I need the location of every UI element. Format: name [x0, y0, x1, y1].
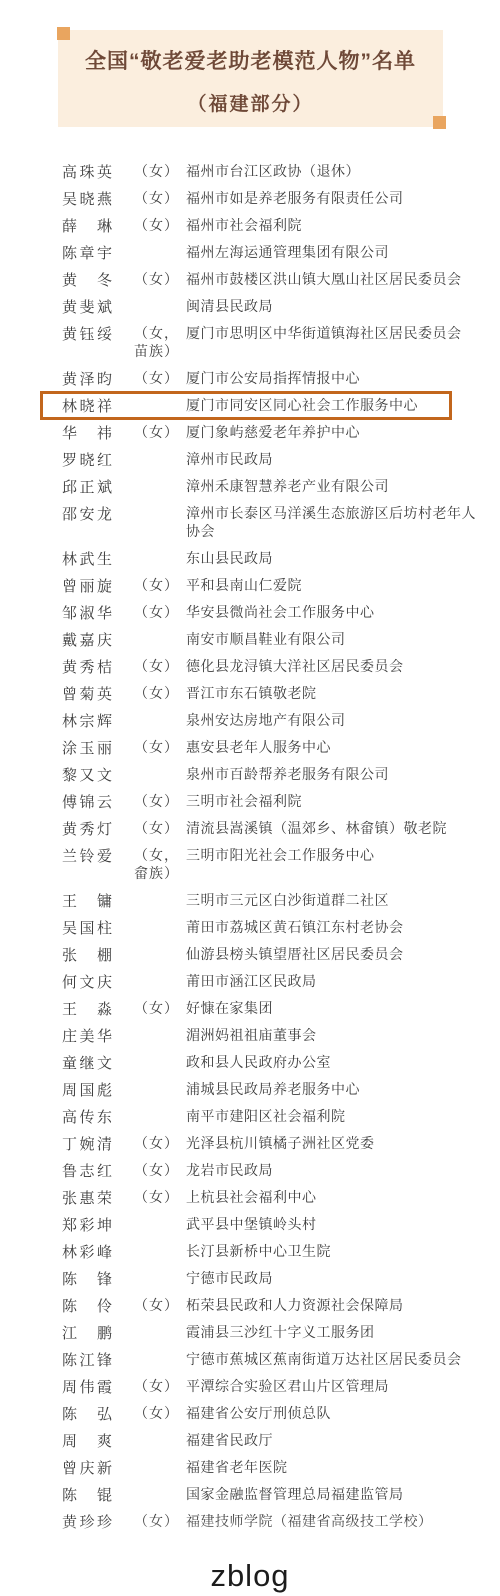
person-name: 陈 弘: [62, 1406, 134, 1424]
gender-note: （女）: [134, 371, 186, 389]
list-item: 黄珍珍（女）福建技师学院（福建省高级技工学校）: [62, 1514, 486, 1532]
organization: 平潭综合实验区君山片区管理局: [186, 1379, 486, 1397]
organization: 福州左海运通管理集团有限公司: [186, 245, 486, 263]
list-item: 张惠荣（女）上杭县社会福利中心: [62, 1190, 486, 1208]
organization: 宁德市蕉城区蕉南街道万达社区居民委员会: [186, 1352, 486, 1370]
person-name: 庄美华: [62, 1028, 134, 1046]
list-item: 鲁志红（女）龙岩市民政局: [62, 1163, 486, 1181]
list-item: 陈 弘（女）福建省公安厅刑侦总队: [62, 1406, 486, 1424]
list-item: 曾丽旋（女）平和县南山仁爱院: [62, 578, 486, 596]
list-item: 王 镛三明市三元区白沙街道群二社区: [62, 893, 486, 911]
person-name: 曾菊英: [62, 686, 134, 704]
person-name: 黄斐斌: [62, 299, 134, 317]
organization: 好慷在家集团: [186, 1001, 486, 1019]
list-item: 陈章宇福州左海运通管理集团有限公司: [62, 245, 486, 263]
organization: 浦城县民政局养老服务中心: [186, 1082, 486, 1100]
person-name: 张 棚: [62, 947, 134, 965]
organization: 东山县民政局: [186, 551, 486, 569]
organization: 华安县微尚社会工作服务中心: [186, 605, 486, 623]
gender-note: （女，苗族）: [134, 326, 186, 362]
person-name: 高珠英: [62, 164, 134, 182]
gender-note: （女）: [134, 578, 186, 596]
list-item: 邱正斌漳州禾康智慧养老产业有限公司: [62, 479, 486, 497]
organization: 泉州安达房地产有限公司: [186, 713, 486, 731]
person-name: 华 祎: [62, 425, 134, 443]
gender-note: （女，畲族）: [134, 848, 186, 884]
list-item: 周伟霞（女）平潭综合实验区君山片区管理局: [62, 1379, 486, 1397]
organization: 武平县中堡镇岭头村: [186, 1217, 486, 1235]
gender-note: （女）: [134, 659, 186, 677]
organization: 政和县人民政府办公室: [186, 1055, 486, 1073]
person-name: 高传东: [62, 1109, 134, 1127]
list-item: 周 爽福建省民政厅: [62, 1433, 486, 1451]
list-item: 陈 锋宁德市民政局: [62, 1271, 486, 1289]
title-banner: 全国“敬老爱老助老模范人物”名单 （福建部分）: [58, 30, 443, 127]
organization: 莆田市荔城区黄石镇江东村老协会: [186, 920, 486, 938]
person-name: 陈章宇: [62, 245, 134, 263]
organization: 三明市社会福利院: [186, 794, 486, 812]
organization: 福州市社会福利院: [186, 218, 486, 236]
gender-note: （女）: [134, 164, 186, 182]
list-item: 吴晓燕（女）福州市如是养老服务有限责任公司: [62, 191, 486, 209]
list-item: 黄 冬（女）福州市鼓楼区洪山镇大凰山社区居民委员会: [62, 272, 486, 290]
organization: 湄洲妈祖祖庙董事会: [186, 1028, 486, 1046]
organization: 仙游县榜头镇望厝社区居民委员会: [186, 947, 486, 965]
organization: 厦门市公安局指挥情报中心: [186, 371, 486, 389]
list-item: 丁婉清（女）光泽县杭川镇橘子洲社区党委: [62, 1136, 486, 1154]
person-name: 黄珍珍: [62, 1514, 134, 1532]
organization: 闽清县民政局: [186, 299, 486, 317]
list-item: 黎又文泉州市百龄帮养老服务有限公司: [62, 767, 486, 785]
organization: 霞浦县三沙红十字义工服务团: [186, 1325, 486, 1343]
organization: 宁德市民政局: [186, 1271, 486, 1289]
organization: 福建省公安厅刑侦总队: [186, 1406, 486, 1424]
person-name: 吴国柱: [62, 920, 134, 938]
list-item: 黄钰绥（女，苗族）厦门市思明区中华街道镇海社区居民委员会: [62, 326, 486, 362]
organization: 福州市鼓楼区洪山镇大凰山社区居民委员会: [186, 272, 486, 290]
list-item: 何文庆莆田市涵江区民政局: [62, 974, 486, 992]
person-name: 周国彪: [62, 1082, 134, 1100]
organization: 长汀县新桥中心卫生院: [186, 1244, 486, 1262]
list-item: 华 祎（女）厦门象屿慈爱老年养护中心: [62, 425, 486, 443]
list-item: 黄秀桔（女）德化县龙浔镇大洋社区居民委员会: [62, 659, 486, 677]
corner-accent-top-left-icon: [57, 27, 70, 40]
list-item: 陈 锟国家金融监督管理总局福建监管局: [62, 1487, 486, 1505]
person-name: 邹淑华: [62, 605, 134, 623]
watermark-text: zblog: [0, 1558, 500, 1594]
person-name: 江 鹏: [62, 1325, 134, 1343]
person-name: 何文庆: [62, 974, 134, 992]
organization: 厦门市同安区同心社会工作服务中心: [186, 398, 486, 416]
list-item: 高传东南平市建阳区社会福利院: [62, 1109, 486, 1127]
person-name: 黄秀桔: [62, 659, 134, 677]
person-name: 周 爽: [62, 1433, 134, 1451]
gender-note: （女）: [134, 605, 186, 623]
gender-note: （女）: [134, 1001, 186, 1019]
list-item: 邵安龙漳州市长泰区马洋溪生态旅游区后坊村老年人协会: [62, 506, 486, 542]
gender-note: （女）: [134, 1163, 186, 1181]
recipient-list: 高珠英（女）福州市台江区政协（退休）吴晓燕（女）福州市如是养老服务有限责任公司薛…: [62, 164, 486, 1541]
person-name: 曾丽旋: [62, 578, 134, 596]
list-item: 陈 伶（女）柘荣县民政和人力资源社会保障局: [62, 1298, 486, 1316]
list-item: 曾菊英（女）晋江市东石镇敬老院: [62, 686, 486, 704]
corner-accent-bottom-right-icon: [433, 116, 446, 129]
person-name: 黄秀灯: [62, 821, 134, 839]
list-item: 江 鹏霞浦县三沙红十字义工服务团: [62, 1325, 486, 1343]
list-item: 涂玉丽（女）惠安县老年人服务中心: [62, 740, 486, 758]
person-name: 王 镛: [62, 893, 134, 911]
person-name: 陈 锟: [62, 1487, 134, 1505]
organization: 厦门市思明区中华街道镇海社区居民委员会: [186, 326, 486, 344]
list-item: 林宗辉泉州安达房地产有限公司: [62, 713, 486, 731]
list-item: 黄斐斌闽清县民政局: [62, 299, 486, 317]
organization: 南平市建阳区社会福利院: [186, 1109, 486, 1127]
person-name: 吴晓燕: [62, 191, 134, 209]
list-item: 傅锦云（女）三明市社会福利院: [62, 794, 486, 812]
person-name: 林晓祥: [62, 398, 134, 416]
person-name: 兰铃爱: [62, 848, 134, 866]
gender-note: （女）: [134, 191, 186, 209]
person-name: 曾庆新: [62, 1460, 134, 1478]
person-name: 薛 琳: [62, 218, 134, 236]
organization: 三明市三元区白沙街道群二社区: [186, 893, 486, 911]
gender-note: （女）: [134, 425, 186, 443]
gender-note: （女）: [134, 1298, 186, 1316]
list-item: 童继文政和县人民政府办公室: [62, 1055, 486, 1073]
gender-note: （女）: [134, 1514, 186, 1532]
list-item: 陈江锋宁德市蕉城区蕉南街道万达社区居民委员会: [62, 1352, 486, 1370]
person-name: 郑彩坤: [62, 1217, 134, 1235]
list-item: 薛 琳（女）福州市社会福利院: [62, 218, 486, 236]
organization: 漳州禾康智慧养老产业有限公司: [186, 479, 486, 497]
gender-note: （女）: [134, 686, 186, 704]
person-name: 张惠荣: [62, 1190, 134, 1208]
person-name: 陈 伶: [62, 1298, 134, 1316]
person-name: 丁婉清: [62, 1136, 134, 1154]
person-name: 黎又文: [62, 767, 134, 785]
gender-note: （女）: [134, 1379, 186, 1397]
list-item: 曾庆新福建省老年医院: [62, 1460, 486, 1478]
person-name: 黄 冬: [62, 272, 134, 290]
organization: 莆田市涵江区民政局: [186, 974, 486, 992]
document-page: 全国“敬老爱老助老模范人物”名单 （福建部分） 高珠英（女）福州市台江区政协（退…: [0, 0, 500, 1596]
organization: 清流县嵩溪镇（温郊乡、林畲镇）敬老院: [186, 821, 486, 839]
person-name: 涂玉丽: [62, 740, 134, 758]
gender-note: （女）: [134, 821, 186, 839]
organization: 厦门象屿慈爱老年养护中心: [186, 425, 486, 443]
person-name: 邱正斌: [62, 479, 134, 497]
list-item: 兰铃爱（女，畲族）三明市阳光社会工作服务中心: [62, 848, 486, 884]
person-name: 罗晓红: [62, 452, 134, 470]
list-item: 黄泽昀（女）厦门市公安局指挥情报中心: [62, 371, 486, 389]
person-name: 邵安龙: [62, 506, 134, 524]
gender-note: （女）: [134, 1406, 186, 1424]
list-item: 高珠英（女）福州市台江区政协（退休）: [62, 164, 486, 182]
page-title: 全国“敬老爱老助老模范人物”名单: [58, 45, 443, 75]
organization: 光泽县杭川镇橘子洲社区党委: [186, 1136, 486, 1154]
list-item-highlighted: 林晓祥厦门市同安区同心社会工作服务中心: [62, 398, 486, 416]
organization: 惠安县老年人服务中心: [186, 740, 486, 758]
list-item: 周国彪浦城县民政局养老服务中心: [62, 1082, 486, 1100]
gender-note: （女）: [134, 1190, 186, 1208]
list-item: 吴国柱莆田市荔城区黄石镇江东村老协会: [62, 920, 486, 938]
list-item: 林彩峰长汀县新桥中心卫生院: [62, 1244, 486, 1262]
gender-note: （女）: [134, 1136, 186, 1154]
organization: 福州市台江区政协（退休）: [186, 164, 486, 182]
organization: 上杭县社会福利中心: [186, 1190, 486, 1208]
gender-note: （女）: [134, 740, 186, 758]
person-name: 傅锦云: [62, 794, 134, 812]
list-item: 邹淑华（女）华安县微尚社会工作服务中心: [62, 605, 486, 623]
list-item: 王 淼（女）好慷在家集团: [62, 1001, 486, 1019]
organization: 福建省老年医院: [186, 1460, 486, 1478]
organization: 泉州市百龄帮养老服务有限公司: [186, 767, 486, 785]
list-item: 张 棚仙游县榜头镇望厝社区居民委员会: [62, 947, 486, 965]
gender-note: （女）: [134, 794, 186, 812]
organization: 福建省民政厅: [186, 1433, 486, 1451]
list-item: 林武生东山县民政局: [62, 551, 486, 569]
organization: 柘荣县民政和人力资源社会保障局: [186, 1298, 486, 1316]
list-item: 庄美华湄洲妈祖祖庙董事会: [62, 1028, 486, 1046]
organization: 三明市阳光社会工作服务中心: [186, 848, 486, 866]
organization: 国家金融监督管理总局福建监管局: [186, 1487, 486, 1505]
person-name: 戴嘉庆: [62, 632, 134, 650]
person-name: 黄钰绥: [62, 326, 134, 344]
person-name: 林彩峰: [62, 1244, 134, 1262]
list-item: 罗晓红漳州市民政局: [62, 452, 486, 470]
list-item: 郑彩坤武平县中堡镇岭头村: [62, 1217, 486, 1235]
person-name: 陈 锋: [62, 1271, 134, 1289]
gender-note: （女）: [134, 272, 186, 290]
organization: 平和县南山仁爱院: [186, 578, 486, 596]
person-name: 林宗辉: [62, 713, 134, 731]
person-name: 周伟霞: [62, 1379, 134, 1397]
organization: 漳州市长泰区马洋溪生态旅游区后坊村老年人协会: [186, 506, 486, 542]
organization: 德化县龙浔镇大洋社区居民委员会: [186, 659, 486, 677]
organization: 漳州市民政局: [186, 452, 486, 470]
list-item: 戴嘉庆南安市顺昌鞋业有限公司: [62, 632, 486, 650]
gender-note: （女）: [134, 218, 186, 236]
person-name: 鲁志红: [62, 1163, 134, 1181]
person-name: 王 淼: [62, 1001, 134, 1019]
organization: 南安市顺昌鞋业有限公司: [186, 632, 486, 650]
organization: 福建技师学院（福建省高级技工学校）: [186, 1514, 486, 1532]
list-item: 黄秀灯（女）清流县嵩溪镇（温郊乡、林畲镇）敬老院: [62, 821, 486, 839]
person-name: 林武生: [62, 551, 134, 569]
person-name: 黄泽昀: [62, 371, 134, 389]
person-name: 陈江锋: [62, 1352, 134, 1370]
organization: 龙岩市民政局: [186, 1163, 486, 1181]
person-name: 童继文: [62, 1055, 134, 1073]
organization: 福州市如是养老服务有限责任公司: [186, 191, 486, 209]
organization: 晋江市东石镇敬老院: [186, 686, 486, 704]
page-subtitle: （福建部分）: [58, 89, 443, 116]
